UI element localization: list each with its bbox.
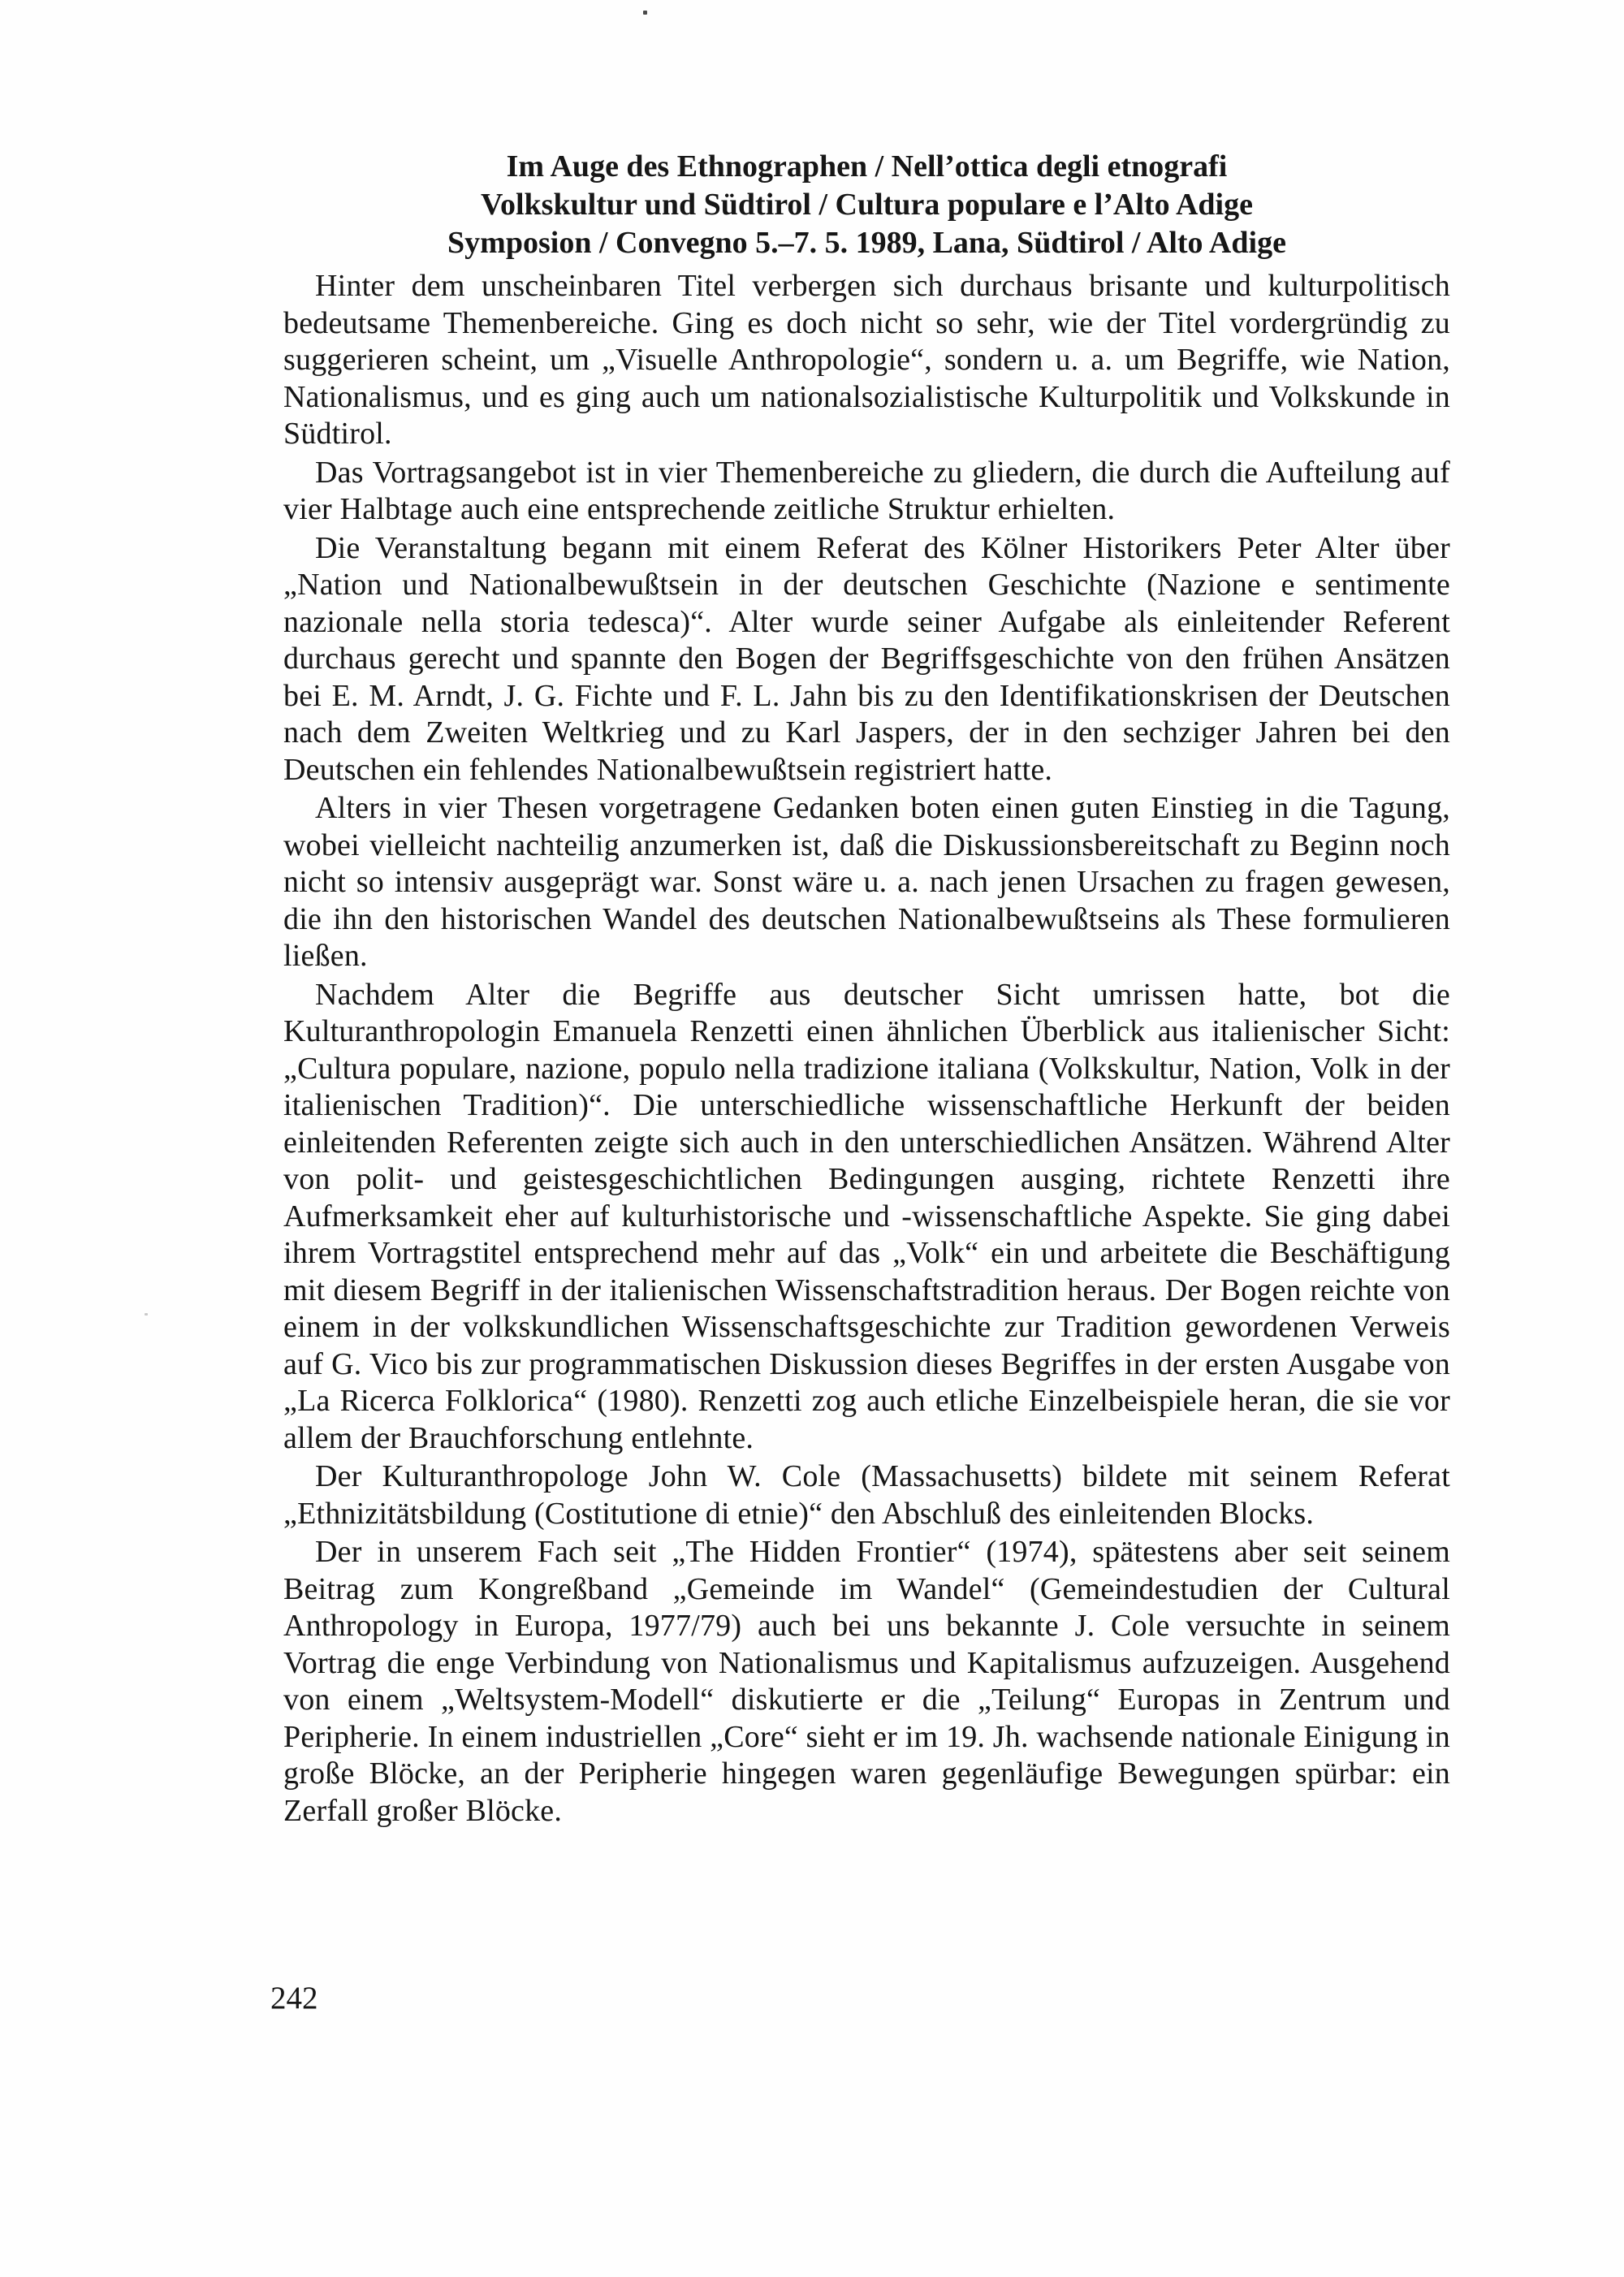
text-block: Im Auge des Ethnographen / Nell’ottica d… (283, 148, 1450, 1831)
paragraph: Der Kulturanthropologe John W. Cole (Mas… (283, 1458, 1450, 1532)
title-line-german-italian: Im Auge des Ethnographen / Nell’ottica d… (283, 148, 1450, 186)
scanned-document-page: Im Auge des Ethnographen / Nell’ottica d… (0, 0, 1624, 2277)
scan-artifact-dot (643, 11, 647, 15)
paragraph: Die Veranstaltung begann mit einem Refer… (283, 530, 1450, 789)
paragraph: Nachdem Alter die Begriffe aus deutscher… (283, 977, 1450, 1458)
paragraph: Alters in vier Thesen vorgetragene Gedan… (283, 790, 1450, 975)
title-line-event-date: Symposion / Convegno 5.–7. 5. 1989, Lana… (283, 224, 1450, 262)
paragraph: Hinter dem unscheinbaren Titel verbergen… (283, 268, 1450, 453)
title-line-subject: Volkskultur und Südtirol / Cultura popul… (283, 186, 1450, 224)
scan-artifact-dot (145, 1313, 148, 1316)
article-title: Im Auge des Ethnographen / Nell’ottica d… (283, 148, 1450, 262)
paragraph: Das Vortragsangebot ist in vier Themenbe… (283, 455, 1450, 529)
page-number: 242 (270, 1980, 318, 2016)
paragraph: Der in unserem Fach seit „The Hidden Fro… (283, 1534, 1450, 1830)
article-body: Hinter dem unscheinbaren Titel verbergen… (283, 268, 1450, 1830)
